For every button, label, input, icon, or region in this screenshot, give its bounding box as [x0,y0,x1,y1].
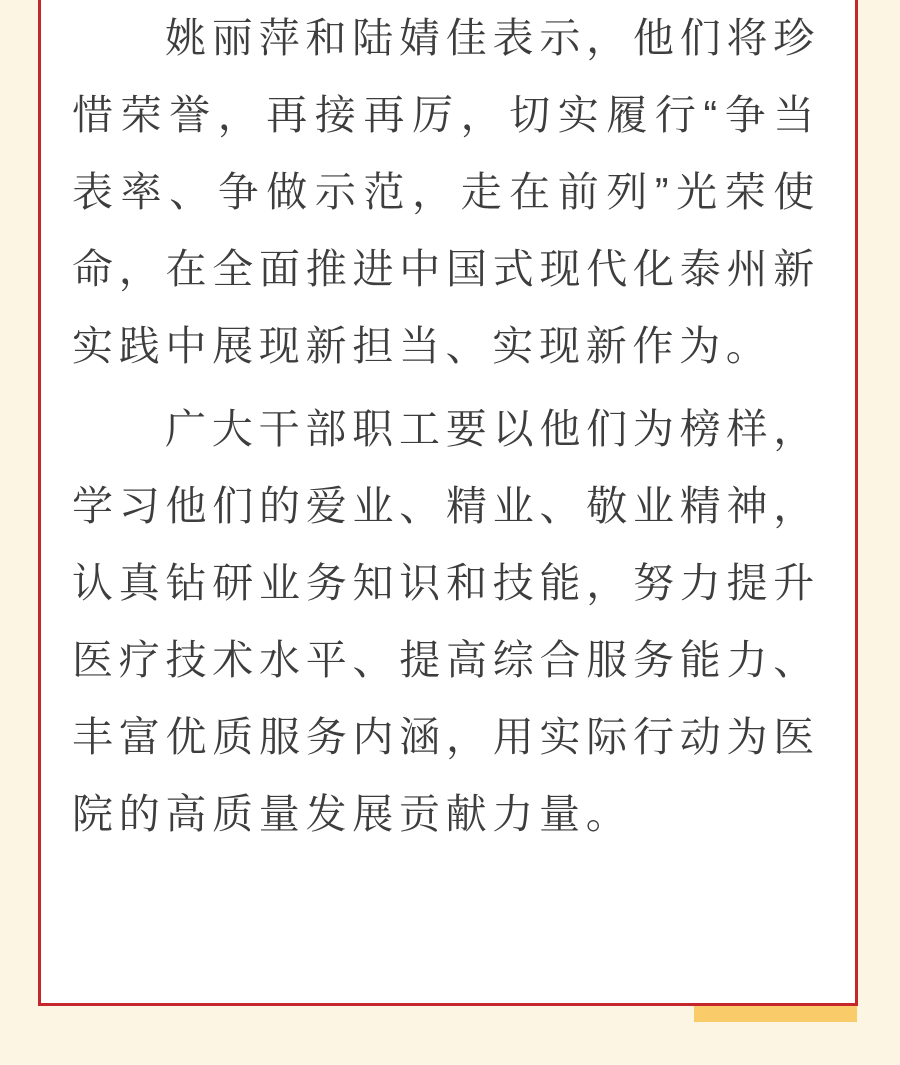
article-body: 姚丽萍和陆婧佳表示，他们将珍惜荣誉，再接再厉，切实履行“争当表率、争做示范，走在… [72,0,820,853]
accent-bar [694,1006,857,1022]
paragraph: 广大干部职工要以他们为榜样，学习他们的爱业、精业、敬业精神，认真钻研业务知识和技… [72,391,820,853]
page-background: 姚丽萍和陆婧佳表示，他们将珍惜荣誉，再接再厉，切实履行“争当表率、争做示范，走在… [0,0,900,1065]
article-frame: 姚丽萍和陆婧佳表示，他们将珍惜荣誉，再接再厉，切实履行“争当表率、争做示范，走在… [38,0,858,1006]
paragraph: 姚丽萍和陆婧佳表示，他们将珍惜荣誉，再接再厉，切实履行“争当表率、争做示范，走在… [72,0,820,385]
